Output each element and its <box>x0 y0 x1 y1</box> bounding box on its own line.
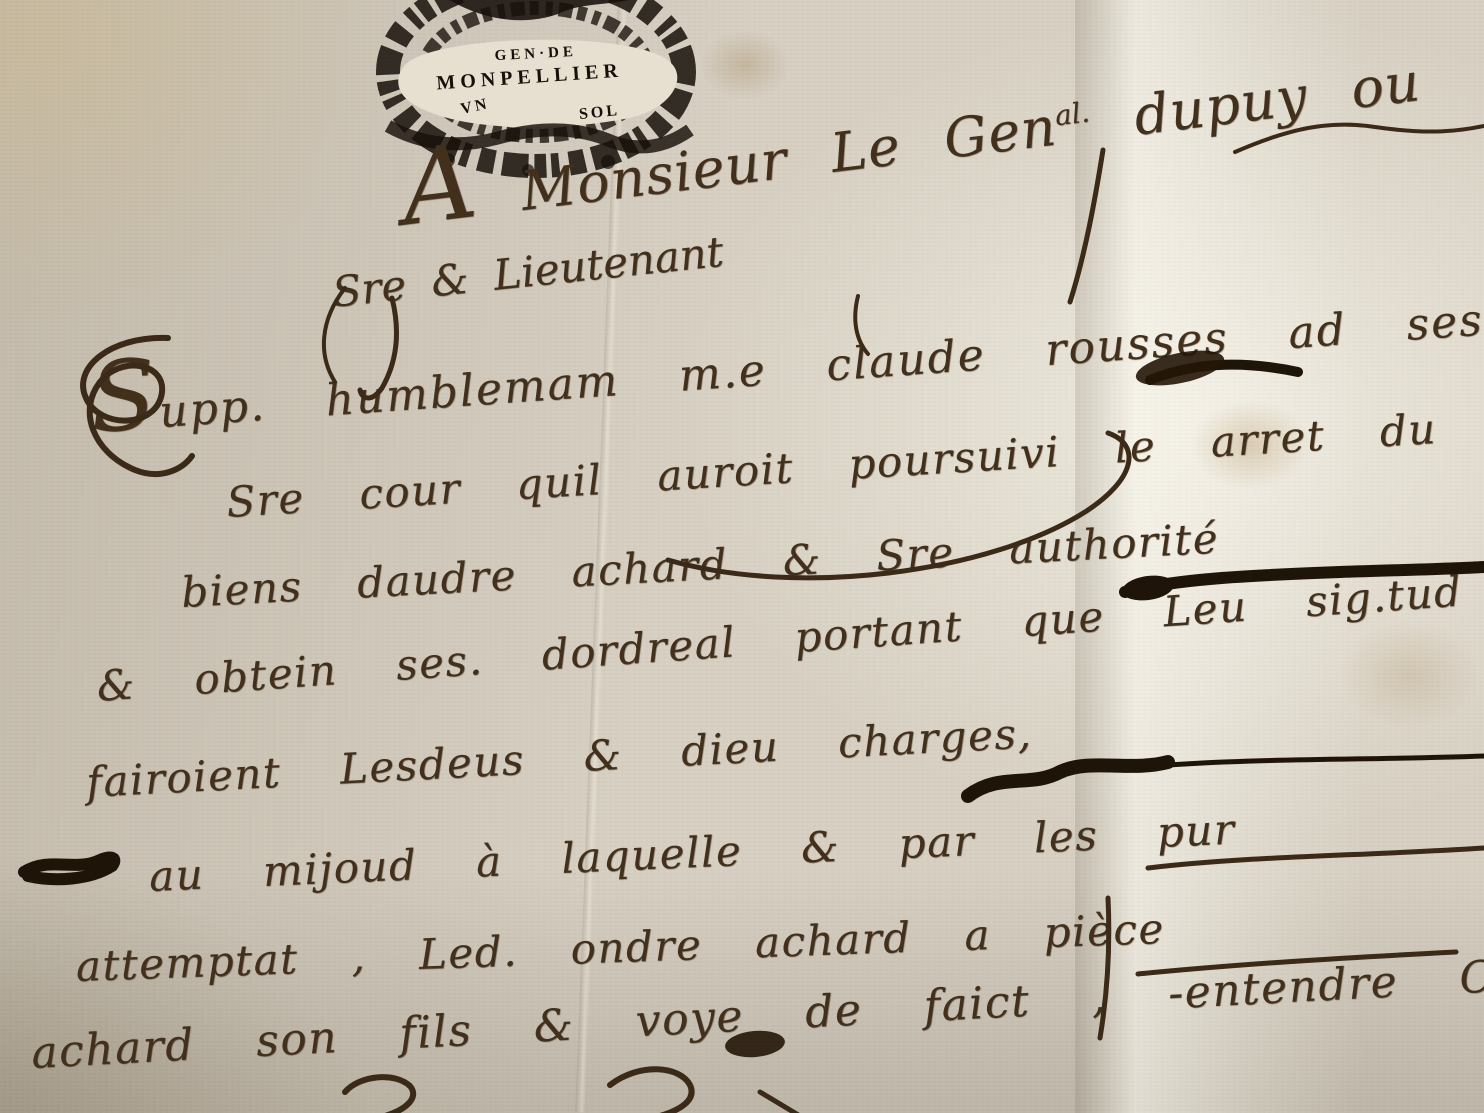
body-line-6: au mijoud à laquelle & par les pur <box>148 805 1236 901</box>
manuscript-photo: GEN·DE MONPELLIER VN SOL A Monsieur Le G… <box>0 0 1484 1113</box>
address-initial: A <box>394 122 482 249</box>
address-line-2: Sre & Lieutenant <box>330 227 726 317</box>
address-line-1: A Monsieur Le Genal. dupuy ou <box>398 35 1424 237</box>
body-line-5: fairoient Lesdeus & dieu charges, <box>85 708 1033 806</box>
address-main: Monsieur Le Gen <box>517 95 1060 223</box>
address-rest: dupuy ou <box>1131 50 1424 148</box>
address-superscript: al. <box>1053 96 1091 133</box>
body-line-2: Sre cour quil auroit poursuivi le arret … <box>225 404 1438 527</box>
handwriting-layer: A Monsieur Le Genal. dupuy ou Sre & Lieu… <box>0 0 1484 1113</box>
